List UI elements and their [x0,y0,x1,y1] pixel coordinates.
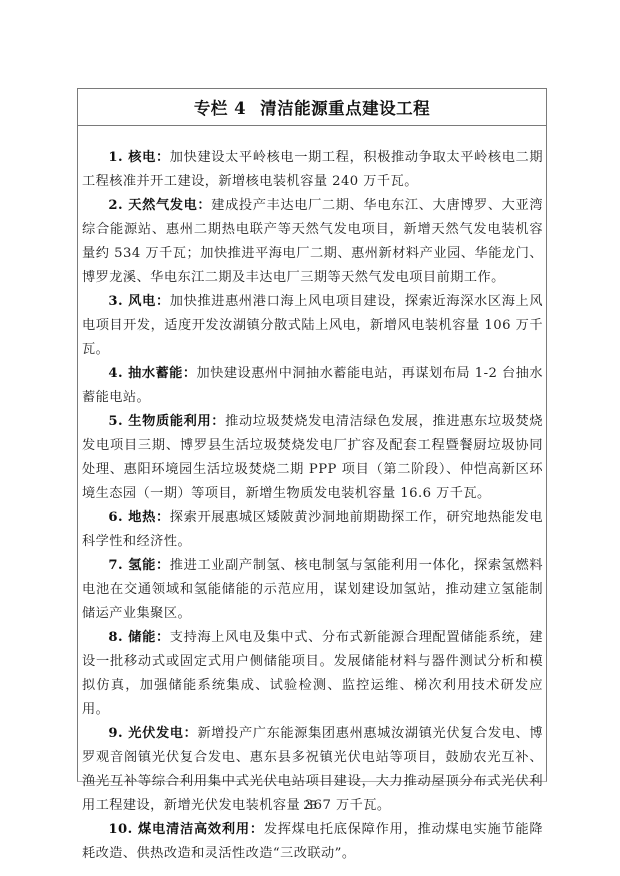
box-title: 专栏 4清洁能源重点建设工程 [194,95,430,119]
item-lead: 4. 抽水蓄能： [108,366,196,381]
item-energy-storage: 8. 储能：支持海上风电及集中式、分布式新能源合理配置储能系统，建设一批移动式或… [82,626,543,722]
item-nuclear: 1. 核电：加快建设太平岭核电一期工程，积极推动争取太平岭核电二期工程核准并开工… [82,146,543,194]
item-lead: 9. 光伏发电： [108,726,197,741]
item-lead: 5. 生物质能利用： [108,414,225,429]
item-lead: 6. 地热： [108,510,169,525]
box-header: 专栏 4清洁能源重点建设工程 [78,89,546,126]
item-wind: 3. 风电：加快推进惠州港口海上风电项目建设，探索近海深水区海上风电项目开发，适… [82,290,543,362]
box-body: 1. 核电：加快建设太平岭核电一期工程，积极推动争取太平岭核电二期工程核准并开工… [78,126,546,866]
item-biomass: 5. 生物质能利用：推动垃圾焚烧发电清洁绿色发展，推进惠东垃圾焚烧发电项目三期、… [82,410,543,506]
box-title-text: 清洁能源重点建设工程 [260,99,430,118]
item-lead: 7. 氢能： [108,558,169,573]
item-lead: 3. 风电： [108,294,169,309]
item-coal-power: 10. 煤电清洁高效利用：发挥煤电托底保障作用，推动煤电实施节能降耗改造、供热改… [82,818,543,866]
page-number: 25 [0,797,620,813]
item-lead: 8. 储能： [108,630,169,645]
feature-box: 专栏 4清洁能源重点建设工程 1. 核电：加快建设太平岭核电一期工程，积极推动争… [77,88,547,782]
item-pumped-storage: 4. 抽水蓄能：加快建设惠州中洞抽水蓄能电站，再谋划布局 1-2 台抽水蓄能电站… [82,362,543,410]
item-lead: 1. 核电： [108,150,169,165]
item-hydrogen: 7. 氢能：推进工业副产制氢、核电制氢与氢能利用一体化，探索氢燃料电池在交通领域… [82,554,543,626]
item-natural-gas: 2. 天然气发电：建成投产丰达电厂二期、华电东江、大唐博罗、大亚湾综合能源站、惠… [82,194,543,290]
item-lead: 2. 天然气发电： [108,198,211,213]
item-lead: 10. 煤电清洁高效利用： [108,822,263,837]
box-title-prefix: 专栏 4 [194,99,246,118]
item-geothermal: 6. 地热：探索开展惠城区矮陂黄沙洞地前期勘探工作，研究地热能发电科学性和经济性… [82,506,543,554]
